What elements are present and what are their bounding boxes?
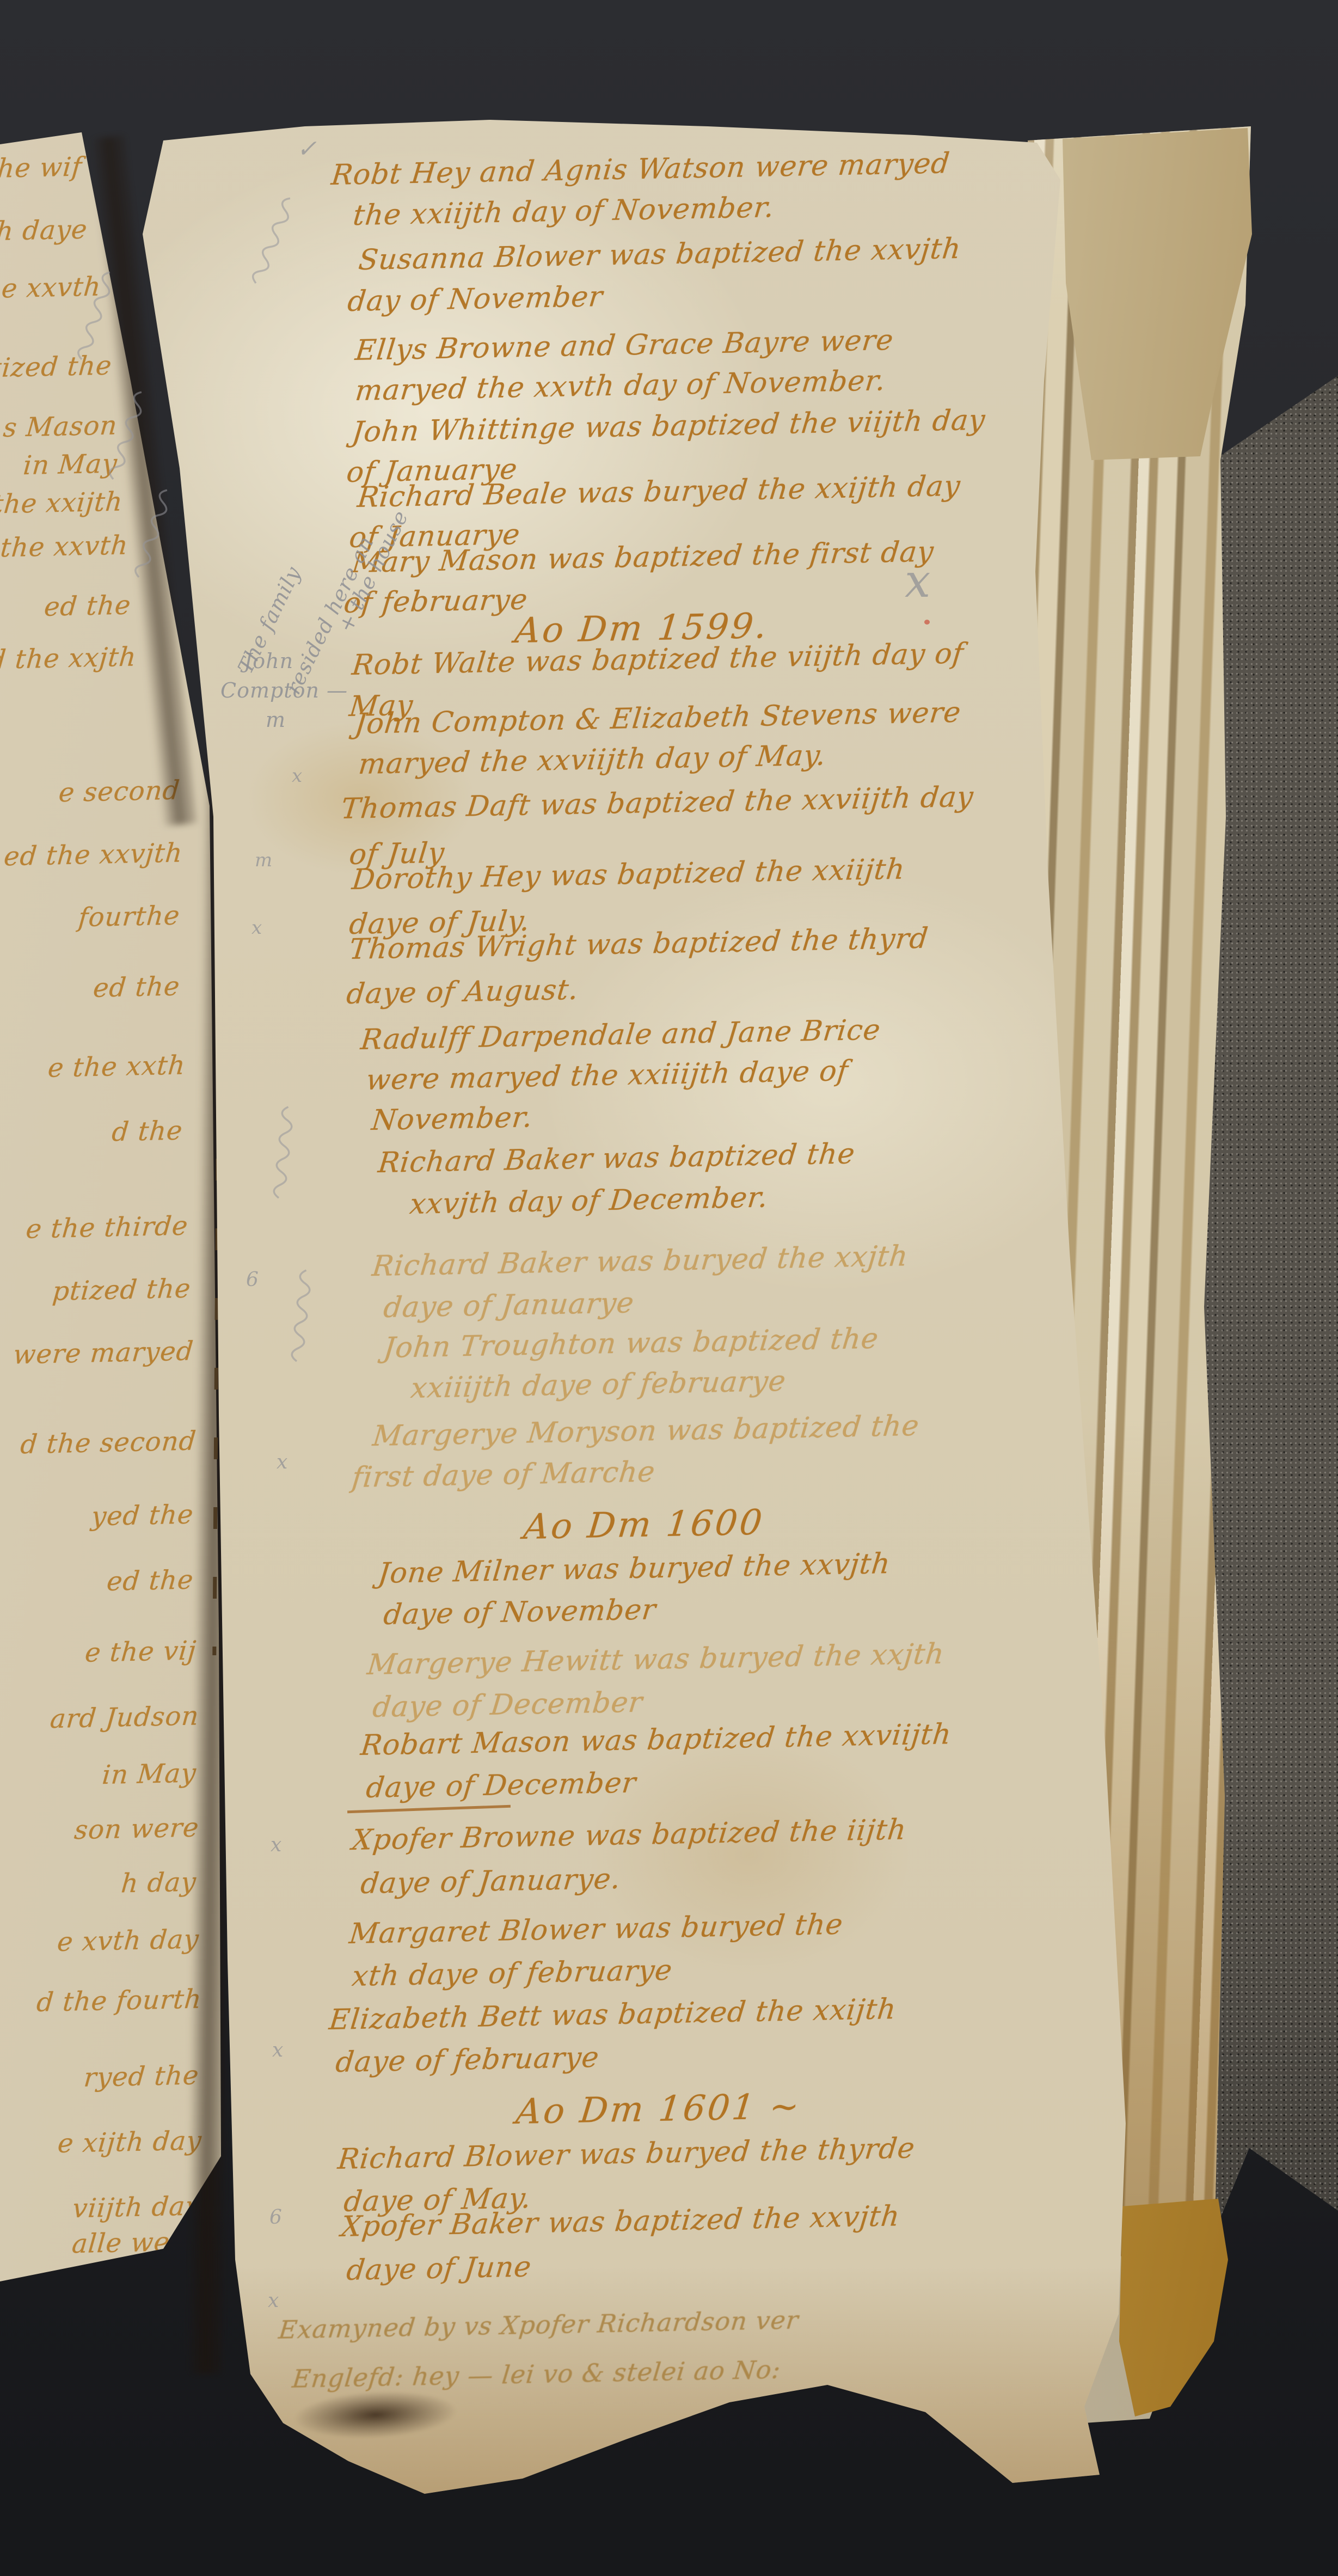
pencil-margin-mark: m: [255, 849, 273, 871]
register-entry-line: xxiiijth daye of februarye: [409, 1365, 788, 1405]
register-entry-line: xxvjth day of December.: [408, 1181, 770, 1221]
pencil-margin-mark: 6: [246, 1269, 259, 1291]
pencil-margin-mark: x: [251, 917, 262, 939]
pencil-margin-mark: x: [271, 1834, 282, 1856]
ink-smudge: [293, 2387, 458, 2443]
pencil-margin-mark: x: [905, 554, 931, 608]
register-entry-line: John Troughton was baptized the: [382, 1323, 880, 1365]
register-entry-line: maryed the xxviijth day of May.: [357, 739, 828, 781]
register-entry-line: first daye of Marche: [351, 1455, 657, 1494]
previous-page-fragment: th daye: [0, 215, 89, 252]
register-entry-line: Richard Baker was buryed the xxjth: [371, 1240, 910, 1283]
photo-parish-register: the wifth dayed the xxvthtized thes Maso…: [0, 0, 1338, 2576]
register-entry-line: Ao Dm 1600: [521, 1503, 766, 1547]
register-entry-line: day of November: [346, 280, 605, 318]
previous-page-fragment: in May: [0, 1758, 198, 1796]
register-entry-line: daye of Januarye.: [359, 1863, 623, 1900]
previous-page-fragment: d the second: [0, 1426, 198, 1464]
previous-page-fragment: ed the: [0, 590, 132, 628]
register-entry-line: daye of februarye: [334, 2041, 601, 2079]
register-entry-line: Richard Blower was buryed the thyrde: [336, 2132, 917, 2176]
pencil-margin-mark: ✓: [297, 135, 317, 163]
register-entry-line: Thomas Daft was baptized the xxviijth da…: [340, 781, 975, 825]
register-entry-line: daye of November: [382, 1593, 658, 1631]
previous-page-fragment: the wif: [0, 152, 83, 189]
register-entry-line: daye of June: [345, 2250, 533, 2286]
previous-page-fragment: ryed the: [0, 2060, 200, 2098]
previous-page-fragment: d the: [0, 1116, 184, 1153]
previous-page-fragment: yed the: [0, 1500, 195, 1537]
register-entry-line: Englefd: hey — lei vo & stelei ao No:: [291, 2355, 782, 2394]
register-entry-line: daye of August.: [345, 974, 580, 1011]
previous-page-fragment: ptized the: [0, 1274, 192, 1311]
pencil-margin-mark: x: [272, 2039, 284, 2061]
register-entry-line: were maryed the xxiiijth daye of: [365, 1055, 850, 1097]
register-entry-line: John Whittinge was baptized the viijth d…: [351, 404, 987, 449]
previous-page-fragment: fourthe: [0, 901, 181, 938]
register-entry-line: Margaret Blower was buryed the: [348, 1908, 845, 1950]
register-entry-line: maryed the xxvth day of November.: [354, 364, 887, 407]
previous-page-fragment: ed the: [0, 971, 181, 1009]
previous-page-fragment: viijth day: [0, 2191, 202, 2229]
register-entry-line: November.: [370, 1101, 535, 1137]
register-entry-line: Richard Baker was baptized the: [377, 1137, 857, 1179]
previous-page-fragment: ed the xxvjth: [0, 838, 184, 876]
previous-page-fragment: were maryed: [0, 1336, 195, 1374]
pencil-margin-mark: x: [292, 765, 303, 787]
register-entry-line: Ellys Browne and Grace Bayre were: [354, 324, 895, 367]
previous-page-fragment: d the xxvth: [0, 530, 130, 568]
previous-page-fragment: e the thirde: [0, 1211, 189, 1249]
register-entry-line: Robt Walte was baptized the viijth day o…: [351, 637, 966, 682]
ink-dash-above-entry: [347, 1805, 511, 1813]
previous-page-fragment: s Mason: [0, 411, 119, 448]
register-entry-line: Margerye Moryson was baptized the: [371, 1410, 921, 1453]
pencil-name-note: m: [266, 708, 286, 732]
register-entry-line: Radulff Darpendale and Jane Brice: [359, 1014, 882, 1056]
register-entry-line: John Compton & Elizabeth Stevens were: [353, 696, 963, 741]
previous-page-fragment: e the vij: [0, 1636, 198, 1673]
register-entry-line: xth daye of februarye: [351, 1954, 674, 1993]
register-entry-line: daye of Januarye: [382, 1287, 636, 1324]
previous-page-fragment: ed the xxjth: [0, 642, 138, 680]
previous-page-fragment: the xxijth: [0, 487, 124, 524]
previous-page-fragment: ed the: [0, 1565, 195, 1602]
previous-page-fragment: son were: [0, 1813, 200, 1850]
red-speck: [924, 620, 930, 625]
register-entry-line: daye of December: [371, 1686, 645, 1724]
register-entry-line: Examyned by vs Xpofer Richardson ver: [277, 2305, 800, 2345]
previous-page-fragment: tized the: [0, 351, 113, 388]
register-entry-line: Margerye Hewitt was buryed the xxjth: [366, 1638, 946, 1681]
previous-page-fragment: e xijth day: [0, 2126, 203, 2163]
register-entry-line: Robt Hey and Agnis Watson were maryed: [330, 147, 952, 192]
register-entry-line: Ao Dm 1601 ~: [514, 2087, 803, 2132]
previous-page-fragment: d the fourth: [0, 1984, 203, 2022]
previous-page-fragment: ember: [0, 2266, 198, 2304]
previous-page-fragment: alle were: [0, 2226, 200, 2264]
previous-page-fragment: e the xxth: [0, 1050, 187, 1088]
pencil-margin-mark: 6: [269, 2206, 283, 2229]
pencil-margin-mark: x: [277, 1451, 288, 1473]
register-entry-line: Xpofer Browne was baptized the iijth: [351, 1813, 908, 1856]
pencil-margin-mark: x: [268, 2290, 279, 2312]
previous-page-fragment: d the xxvth: [0, 272, 102, 309]
register-entry-line: Jone Milner was buryed the xxvjth: [377, 1547, 892, 1590]
previous-page-fragment: ard Judson: [0, 1701, 200, 1739]
register-entry-line: Robart Mason was baptized the xxviijth: [359, 1718, 953, 1762]
register-entry-line: Elizabeth Bett was baptized the xxijth: [328, 1993, 898, 2036]
previous-page-fragment: in May: [0, 449, 119, 486]
register-entry-line: the xxiijth day of November.: [352, 191, 776, 232]
previous-page-fragment: e second: [0, 775, 181, 813]
register-entry-line: daye of December: [365, 1767, 638, 1804]
previous-page-fragment: h day: [0, 1867, 198, 1905]
register-entry-line: Susanna Blower was baptized the xxvjth: [357, 232, 963, 277]
previous-page-fragment: e xvth day: [0, 1924, 200, 1962]
